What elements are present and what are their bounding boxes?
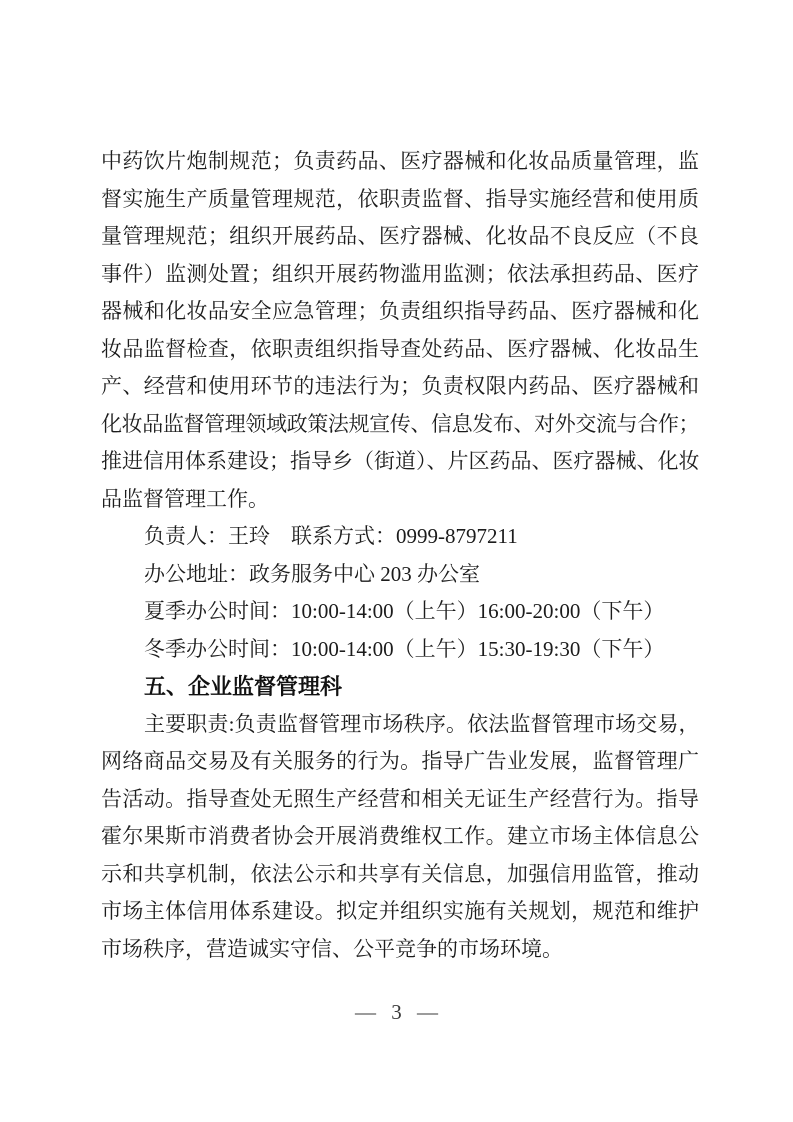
contact-line-address: 办公地址：政务服务中心 203 办公室	[101, 556, 699, 594]
section-heading: 五、企业监督管理科	[101, 668, 699, 706]
document-page: { "document": { "para1": { "lines": [ "中…	[0, 0, 793, 1122]
document-body-text: 中药饮片炮制规范；负责药品、医疗器械和化妆品质量管理，监 督实施生产质量管理规范…	[101, 143, 699, 968]
para1-line: 产、经营和使用环节的违法行为；负责权限内药品、医疗器械和	[101, 368, 699, 406]
para2-line: 市场秩序，营造诚实守信、公平竞争的市场环境。	[101, 931, 699, 969]
para1-line: 中药饮片炮制规范；负责药品、医疗器械和化妆品质量管理，监	[101, 143, 699, 181]
para1-line: 化妆品监督管理领域政策法规宣传、信息发布、对外交流与合作；	[101, 406, 699, 444]
para2-line: 市场主体信用体系建设。拟定并组织实施有关规划，规范和维护	[101, 893, 699, 931]
para2-line: 告活动。指导查处无照生产经营和相关无证生产经营行为。指导	[101, 781, 699, 819]
para1-line: 事件）监测处置；组织开展药物滥用监测；依法承担药品、医疗	[101, 256, 699, 294]
para1-line: 品监督管理工作。	[101, 481, 699, 519]
para1-line: 量管理规范；组织开展药品、医疗器械、化妆品不良反应（不良	[101, 218, 699, 256]
contact-line-responsible: 负责人：王玲 联系方式：0999-8797211	[101, 518, 699, 556]
para1-line: 督实施生产质量管理规范，依职责监督、指导实施经营和使用质	[101, 181, 699, 219]
page-number: — 3 —	[0, 1000, 793, 1025]
para2-line: 主要职责:负责监督管理市场秩序。依法监督管理市场交易，	[101, 706, 699, 744]
para2-line: 示和共享机制，依法公示和共享有关信息，加强信用监管，推动	[101, 856, 699, 894]
contact-line-summer-hours: 夏季办公时间：10:00-14:00（上午）16:00-20:00（下午）	[101, 593, 699, 631]
para2-line: 网络商品交易及有关服务的行为。指导广告业发展，监督管理广	[101, 743, 699, 781]
para1-line: 器械和化妆品安全应急管理；负责组织指导药品、医疗器械和化	[101, 293, 699, 331]
para2-line: 霍尔果斯市消费者协会开展消费维权工作。建立市场主体信息公	[101, 818, 699, 856]
contact-line-winter-hours: 冬季办公时间：10:00-14:00（上午）15:30-19:30（下午）	[101, 631, 699, 669]
para1-line: 妆品监督检查，依职责组织指导查处药品、医疗器械、化妆品生	[101, 331, 699, 369]
para1-line: 推进信用体系建设；指导乡（街道）、片区药品、医疗器械、化妆	[101, 443, 699, 481]
